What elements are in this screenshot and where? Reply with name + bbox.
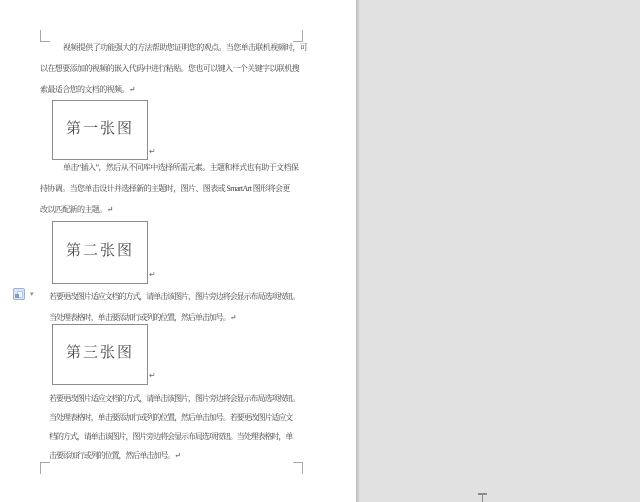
paragraph-3[interactable]: 若要更改图片适应文档的方式，请单击该图片，图片旁边将会显示布局选项按钮。 当处理…	[49, 286, 311, 328]
inline-image-placeholder-1[interactable]: 第一张图	[52, 100, 148, 160]
text-line[interactable]: 若要更改图片适应文档的方式，请单击该图片，图片旁边将会显示布局选项按钮。	[49, 286, 311, 307]
text-line[interactable]: 当处理表格时，单击要添加行或列的位置，然后单击加号。若要更改图片适应文	[49, 408, 311, 427]
text-line[interactable]: 档的方式，请单击该图片，图片旁边将会显示布局选项按钮。当处理表格时，单	[49, 427, 311, 446]
text-line[interactable]: 持协调。当您单击设计并选择新的主题时，图片、图表或 SmartArt 图形将会更	[40, 179, 310, 200]
document-page[interactable]: 视频提供了功能强大的方法帮助您证明您的观点。当您单击联机视频时，可 以在想要添加…	[0, 0, 356, 502]
text-line[interactable]: 击要添加行或列的位置，然后单击加号。↵	[49, 446, 311, 465]
paragraph-mark: ↵	[149, 371, 156, 380]
text-line[interactable]: 若要更改图片适应文档的方式，请单击该图片，图片旁边将会显示布局选项按钮。	[49, 389, 311, 408]
inline-image-placeholder-3[interactable]: 第三张图	[52, 324, 148, 385]
paste-icon-clip	[15, 294, 19, 298]
chevron-down-icon[interactable]: ▾	[30, 290, 34, 299]
paragraph-mark: ↵	[149, 147, 156, 156]
word-editing-canvas: 视频提供了功能强大的方法帮助您证明您的观点。当您单击联机视频时，可 以在想要添加…	[0, 0, 640, 502]
paragraph-mark: ↵	[149, 270, 156, 279]
text-line[interactable]: 改以匹配新的主题。↵	[40, 200, 310, 221]
paste-options-button[interactable]: ▾	[13, 288, 39, 302]
paragraph-2[interactable]: 单击“插入”，然后从不同库中选择所需元素。主题和样式也有助于文档保 持协调。当您…	[40, 158, 310, 220]
paste-options-icon[interactable]	[13, 288, 25, 300]
text-line[interactable]: 索最适合您的文档的视频。↵	[40, 80, 310, 101]
paragraph-4[interactable]: 若要更改图片适应文档的方式，请单击该图片，图片旁边将会显示布局选项按钮。 当处理…	[49, 389, 311, 465]
text-line[interactable]: 视频提供了功能强大的方法帮助您证明您的观点。当您单击联机视频时，可	[40, 38, 310, 59]
figure-label: 第一张图	[66, 117, 134, 138]
text-line[interactable]: 单击“插入”，然后从不同库中选择所需元素。主题和样式也有助于文档保	[40, 158, 310, 179]
figure-label: 第三张图	[66, 341, 134, 362]
paragraph-1[interactable]: 视频提供了功能强大的方法帮助您证明您的观点。当您单击联机视频时，可 以在想要添加…	[40, 38, 310, 100]
text-cursor-ibeam-icon	[478, 493, 487, 502]
page-edge-shadow	[356, 0, 360, 502]
inline-image-placeholder-2[interactable]: 第二张图	[52, 221, 148, 284]
text-line[interactable]: 以在想要添加的视频的嵌入代码中进行粘贴。您也可以键入一个关键字以联机搜	[40, 59, 310, 80]
figure-label: 第二张图	[66, 239, 134, 260]
